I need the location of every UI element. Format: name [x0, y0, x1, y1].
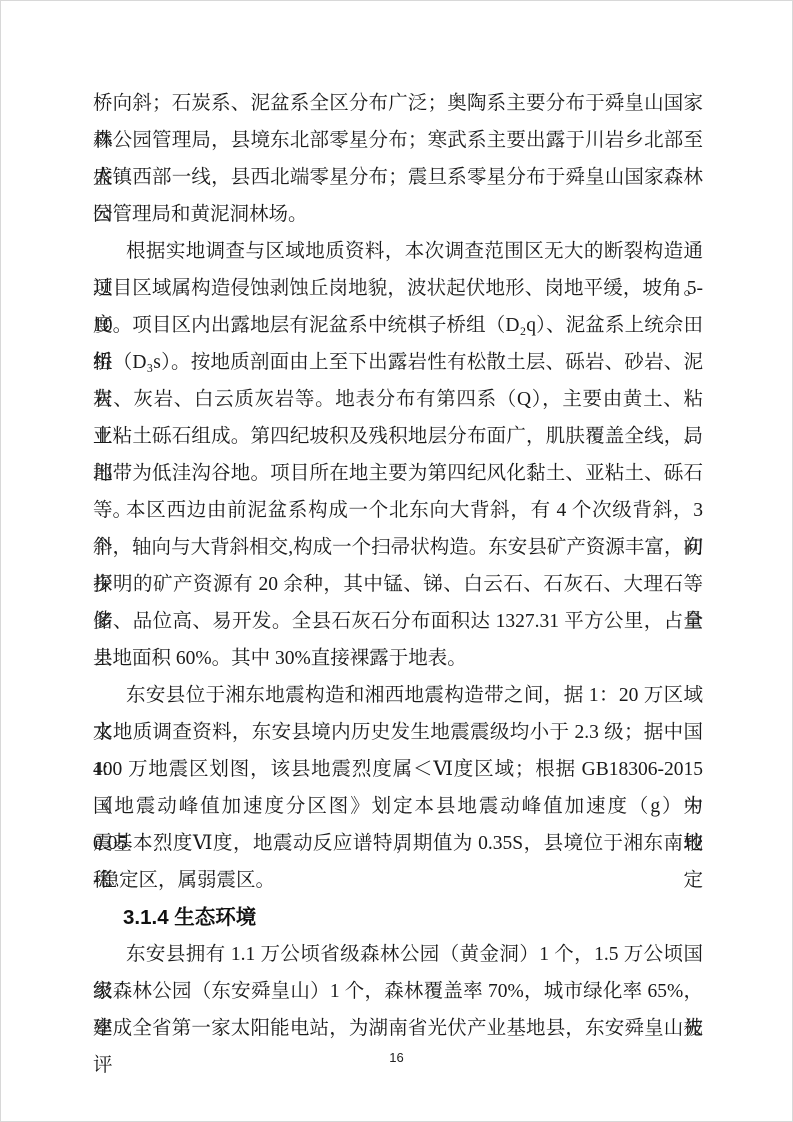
- text-line: 探明的矿产资源有 20 余种，其中锰、锑、白云石、石灰石、大理石等储量: [93, 566, 703, 603]
- text-line: 盛镇西部一线，县西北端零星分布；震旦系零星分布于舜皇山国家森林公: [93, 159, 703, 196]
- paragraph-survey-landform: 根据实地调查与区域地质资料，本次调查范围区无大的断裂构造通过。 项目区域属构造侵…: [93, 233, 703, 492]
- paragraph-geology-distribution: 桥向斜；石炭系、泥盆系全区分布广泛；奥陶系主要分布于舜皇山国家森 林公园管理局，…: [93, 85, 703, 233]
- text-line: 岩、灰岩、白云质灰岩等。地表分布有第四系（Q），主要由黄土、粘土、: [93, 381, 703, 418]
- text-line: 项目区域属构造侵蚀剥蚀丘岗地貌，波状起伏地形、岗地平缓，坡角 5-10: [93, 270, 703, 307]
- document-page: 桥向斜；石炭系、泥盆系全区分布广泛；奥陶系主要分布于舜皇山国家森 林公园管理局，…: [0, 0, 793, 1122]
- text-line: 文地质调查资料，东安县境内历史发生地震震级均小于 2.3 级；据中国 1:: [93, 714, 703, 751]
- text-line: 组（D₃s）。按地质剖面由上至下出露岩性有松散土层、砾岩、砂岩、泥灰: [93, 344, 703, 381]
- page-body: 桥向斜；石炭系、泥盆系全区分布广泛；奥陶系主要分布于舜皇山国家森 林公园管理局，…: [93, 85, 703, 1047]
- text-line: 林公园管理局，县境东北部零星分布；寒武系主要出露于川岩乡北部至大: [93, 122, 703, 159]
- text-line: 土地面积 60%。其中 30%直接裸露于地表。: [93, 640, 703, 677]
- text-line: 国地震动峰值加速度分区图》划定本县地震动峰值加速度（g）为 0.05，地: [93, 788, 703, 825]
- text-line: 震基本烈度Ⅵ度，地震动反应谱特周期值为 0.35S，县境位于湘东南较稳定: [93, 825, 703, 862]
- text-line: 东安县拥有 1.1 万公顷省级森林公园（黄金洞）1 个，1.5 万公顷国家: [93, 936, 703, 973]
- text-line: 400 万地震区划图，该县地震烈度属＜Ⅵ度区域；根据 GB18306-2015《…: [93, 751, 703, 788]
- page-footer: 16: [1, 1049, 792, 1067]
- text-line: 园管理局和黄泥洞林场。: [93, 196, 703, 233]
- text-line: 级森林公园（东安舜皇山）1 个，森林覆盖率 70%，城市绿化率 65%，率先: [93, 973, 703, 1010]
- page-number: 16: [389, 1050, 403, 1065]
- text-line: 本区西边由前泥盆系构成一个北东向大背斜，有 4 个次级背斜，3 个向: [93, 492, 703, 529]
- paragraph-minerals-structure: 本区西边由前泥盆系构成一个北东向大背斜，有 4 个次级背斜，3 个向 斜，轴向与…: [93, 492, 703, 677]
- section-heading-ecology: 3.1.4 生态环境: [93, 899, 703, 936]
- text-line: 建成全省第一家太阳能电站，为湖南省光伏产业基地县，东安舜皇山被评: [93, 1010, 703, 1047]
- text-line: 根据实地调查与区域地质资料，本次调查范围区无大的断裂构造通过。: [93, 233, 703, 270]
- text-line: 度。项目区内出露地层有泥盆系中统棋子桥组（D₂q）、泥盆系上统佘田桥: [93, 307, 703, 344]
- text-line: 东安县位于湘东地震构造和湘西地震构造带之间，据 1：20 万区域水: [93, 677, 703, 714]
- text-line: 多、品位高、易开发。全县石灰石分布面积达 1327.31 平方公里，占全县: [93, 603, 703, 640]
- text-line: 桥向斜；石炭系、泥盆系全区分布广泛；奥陶系主要分布于舜皇山国家森: [93, 85, 703, 122]
- text-line: 斜，轴向与大背斜相交,构成一个扫帚状构造。东安县矿产资源丰富，初步: [93, 529, 703, 566]
- text-line: 地带为低洼沟谷地。项目所在地主要为第四纪风化黏土、亚粘土、砾石等。: [93, 455, 703, 492]
- paragraph-ecology-environment: 东安县拥有 1.1 万公顷省级森林公园（黄金洞）1 个，1.5 万公顷国家 级森…: [93, 936, 703, 1047]
- paragraph-seismic-conditions: 东安县位于湘东地震构造和湘西地震构造带之间，据 1：20 万区域水 文地质调查资…: [93, 677, 703, 899]
- text-line: 亚粘土砾石组成。第四纪坡积及残积地层分布面广，肌肤覆盖全线，局部: [93, 418, 703, 455]
